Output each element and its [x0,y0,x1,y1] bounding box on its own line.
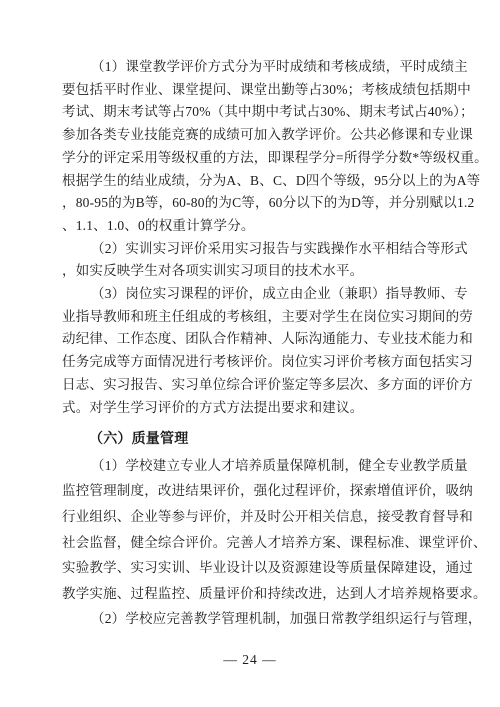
section-quality-management: （六）质量管理 （1）学校建立专业人才培养质量保障机制，健全专业教学质量 监控管… [62,427,442,632]
text-line: 式。对学生学习评价的方式方法提出要求和建议。 [62,397,442,420]
text-line: 社会监督，健全综合评价。完善人才培养方案、课程标准、课堂评价、 [62,530,442,556]
section-heading-quality-management: （六）质量管理 [62,427,442,453]
text-line: 参加各类专业技能竞赛的成绩可加入教学评价。公共必修课和专业课 [62,124,442,147]
section-student-evaluation: （1）课堂教学评价方式分为平时成绩和考核成绩，平时成绩主 要包括平时作业、课堂提… [62,56,442,419]
text-line: （1）学校建立专业人才培养质量保障机制，健全专业教学质量 [62,453,442,479]
document-page: （1）课堂教学评价方式分为平时成绩和考核成绩，平时成绩主 要包括平时作业、课堂提… [0,0,500,707]
text-line: 考试、期末考试等占70%（其中期中考试占30%、期末考试占40%）； [62,101,442,124]
document-body: （1）课堂教学评价方式分为平时成绩和考核成绩，平时成绩主 要包括平时作业、课堂提… [62,56,442,632]
page-number: — 24 — [0,652,500,668]
text-line: 学分的评定采用等级权重的方法，即课程学分=所得学分数*等级权重。 [62,147,442,170]
text-line: 业指导教师和班主任组成的考核组，主要对学生在岗位实习期间的劳 [62,306,442,329]
text-line: 行业组织、企业等参与评价，并及时公开相关信息，接受教育督导和 [62,504,442,530]
text-line: 教学实施、过程监控、质量评价和持续改进，达到人才培养规格要求。 [62,581,442,607]
text-line: 实验教学、实习实训、毕业设计以及资源建设等质量保障建设，通过 [62,555,442,581]
text-line: （2）实训实习评价采用实习报告与实践操作水平相结合等形式 [62,238,442,261]
text-line: 动纪律、工作态度、团队合作精神、人际沟通能力、专业技术能力和 [62,328,442,351]
text-line: 任务完成等方面情况进行考核评价。岗位实习评价考核方面包括实习 [62,351,442,374]
text-line: ，80-95的为B等，60-80的为C等，60分以下的为D等，并分别赋以1.2 [62,192,442,215]
text-line: （3）岗位实习课程的评价，成立由企业（兼职）指导教师、专 [62,283,442,306]
text-line: ，如实反映学生对各项实训实习项目的技术水平。 [62,260,442,283]
text-line: 监控管理制度，改进结果评价，强化过程评价，探索增值评价，吸纳 [62,478,442,504]
text-line: 要包括平时作业、课堂提问、课堂出勤等占30%；考核成绩包括期中 [62,79,442,102]
text-line: （2）学校应完善教学管理机制，加强日常教学组织运行与管理， [62,606,442,632]
text-line: 、1.1、1.0、0的权重计算学分。 [62,215,442,238]
text-line: （1）课堂教学评价方式分为平时成绩和考核成绩，平时成绩主 [62,56,442,79]
text-line: 根据学生的结业成绩，分为A、B、C、D四个等级，95分以上的为A等 [62,170,442,193]
text-line: 日志、实习报告、实习单位综合评价鉴定等多层次、多方面的评价方 [62,374,442,397]
